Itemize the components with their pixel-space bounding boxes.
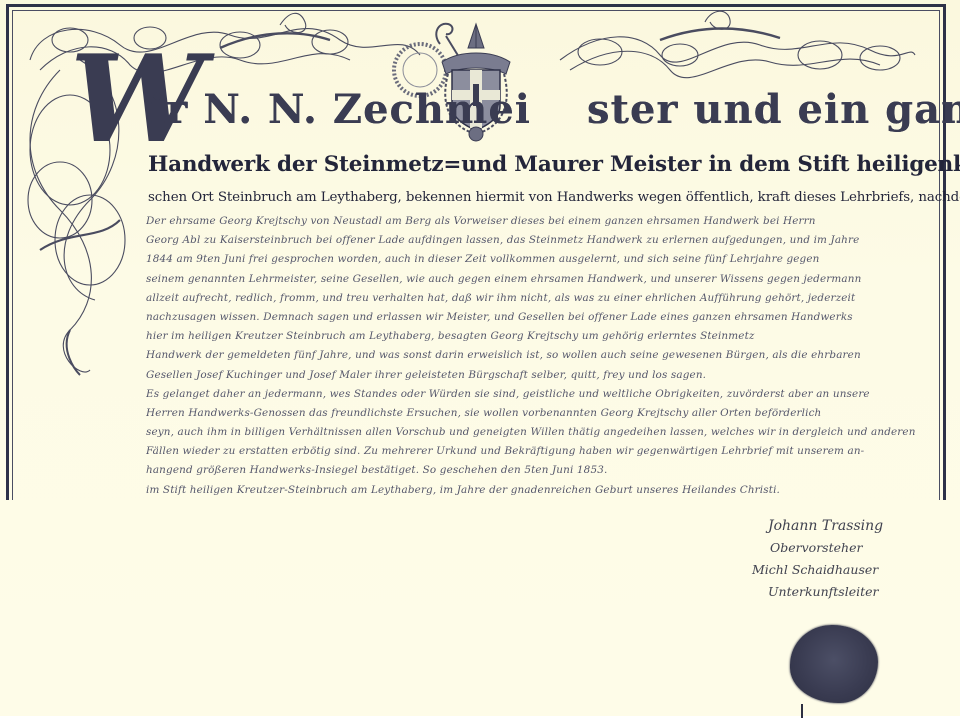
handwritten-line: Georg Abl zu Kaisersteinbruch bei offene…: [146, 231, 938, 250]
handwritten-body: Der ehrsame Georg Krejtschy von Neustadl…: [146, 212, 938, 500]
handwritten-line: Es gelanget daher an jedermann, wes Stan…: [146, 385, 938, 404]
handwritten-line: Handwerk der gemeldeten fünf Jahre, und …: [146, 346, 938, 365]
handwritten-line: Fällen wieder zu erstatten erbötig sind.…: [146, 442, 938, 461]
handwritten-line: Gesellen Josef Kuchinger und Josef Maler…: [146, 366, 938, 385]
handwritten-line: seinem genannten Lehrmeister, seine Gese…: [146, 270, 938, 289]
signature-title: Unterkunftsleiter: [750, 581, 930, 603]
heading-line-1: ir N. N. Zechmeister und ein ganzes ehrs…: [150, 86, 940, 133]
handwritten-line: Herren Handwerks-Genossen das freundlich…: [146, 404, 938, 423]
handwritten-line: hier im heiligen Kreutzer Steinbruch am …: [146, 327, 938, 346]
seal-cord: [801, 704, 803, 718]
handwritten-line: allzeit aufrecht, redlich, fromm, und tr…: [146, 289, 938, 308]
signature-name: Johann Trassing: [750, 515, 930, 537]
handwritten-line: 1844 am 9ten Juni frei gesprochen worden…: [146, 250, 938, 269]
scan-margin: [0, 716, 960, 726]
signature-block: Johann Trassing Obervorsteher Michl Scha…: [750, 515, 930, 603]
handwritten-line: nachzusagen wissen. Demnach sagen und er…: [146, 308, 938, 327]
heading-line-1-left: ir N. N. Zechmei: [150, 86, 531, 133]
handwritten-line: im Stift heiligen Kreutzer-Steinbruch am…: [146, 481, 938, 500]
wax-seal-icon: [790, 625, 878, 703]
handwritten-line: Der ehrsame Georg Krejtschy von Neustadl…: [146, 212, 938, 231]
heading-line-3: schen Ort Steinbruch am Leythaberg, beke…: [148, 190, 948, 205]
handwritten-line: hangend größeren Handwerks-Insiegel best…: [146, 461, 938, 480]
signature-title: Obervorsteher: [750, 537, 930, 559]
signature-name: Michl Schaidhauser: [750, 559, 930, 581]
heading-line-1-right: ster und ein ganzes ehrsames: [587, 86, 960, 133]
handwritten-line: seyn, auch ihm in billigen Verhältnissen…: [146, 423, 938, 442]
heading-line-2: Handwerk der Steinmetz=und Maurer Meiste…: [148, 152, 948, 177]
